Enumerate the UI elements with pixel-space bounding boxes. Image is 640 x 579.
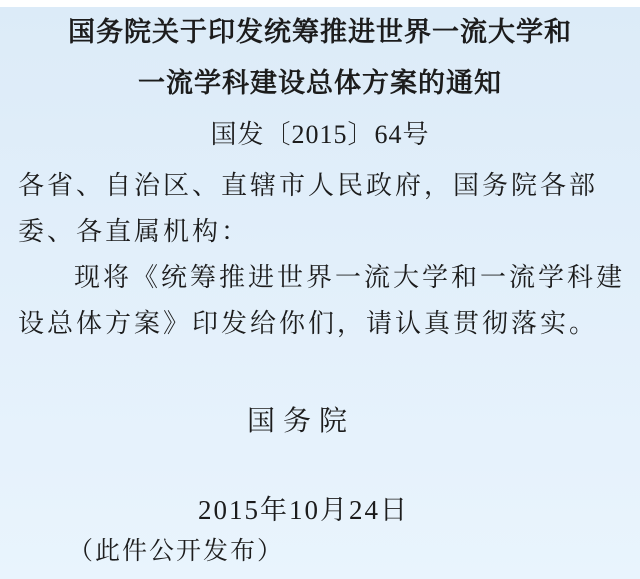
body-text-line-1: 现将《统筹推进世界一流大学和一流学科建	[18, 255, 622, 301]
document-title-line-2: 一流学科建设总体方案的通知	[0, 58, 640, 109]
issuer-signature: 国务院	[247, 404, 355, 440]
body-text-line-2: 设总体方案》印发给你们，请认真贯彻落实。	[18, 301, 622, 347]
salutation-line-2: 委、各直属机构：	[18, 209, 622, 255]
salutation-line-1: 各省、自治区、直辖市人民政府，国务院各部	[18, 163, 622, 209]
document-number: 国发〔2015〕64号	[0, 109, 640, 160]
document-body: 各省、自治区、直辖市人民政府，国务院各部 委、各直属机构： 现将《统筹推进世界一…	[0, 163, 640, 347]
public-release-note: （此件公开发布）	[68, 535, 284, 569]
document-header: 国务院关于印发统筹推进世界一流大学和 一流学科建设总体方案的通知 国发〔2015…	[0, 7, 640, 160]
notice-document-page: 国务院关于印发统筹推进世界一流大学和 一流学科建设总体方案的通知 国发〔2015…	[0, 0, 640, 579]
document-title-line-1: 国务院关于印发统筹推进世界一流大学和	[0, 7, 640, 58]
top-white-strip	[0, 0, 640, 7]
issue-date: 2015年10月24日	[198, 494, 409, 526]
